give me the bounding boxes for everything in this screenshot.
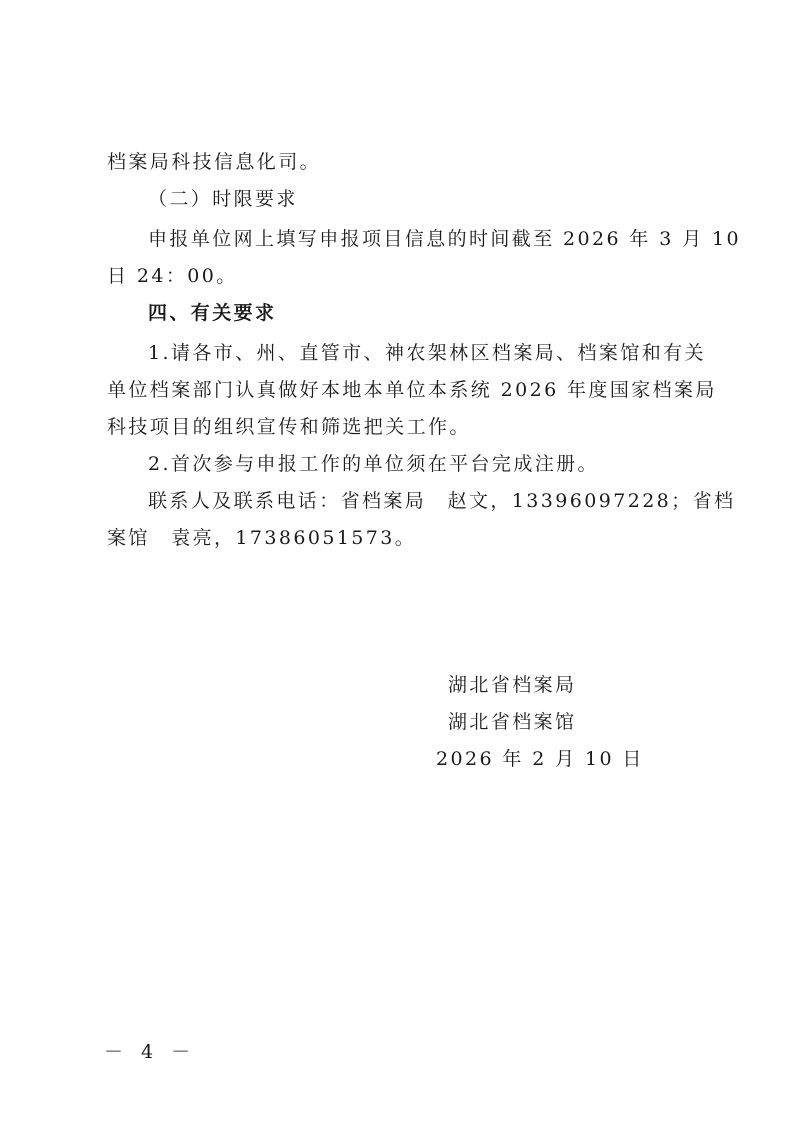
body-text-line: 2.首次参与申报工作的单位须在平台完成注册。: [148, 452, 599, 476]
section-heading-requirements: 四、有关要求: [148, 301, 276, 325]
page-number: － 4 －: [104, 1040, 196, 1064]
signature-date: 2026 年 2 月 10 日: [436, 747, 644, 771]
body-text-line: 日 24：00。: [107, 264, 238, 288]
contact-info-line: 联系人及联系电话：省档案局 赵文，13396097228；省档: [148, 489, 735, 513]
body-text-line: 单位档案部门认真做好本地本单位本系统 2026 年度国家档案局: [107, 378, 717, 402]
body-text-line: 申报单位网上填写申报项目信息的时间截至 2026 年 3 月 10: [148, 227, 741, 251]
body-text-line: 科技项目的组织宣传和筛选把关工作。: [107, 415, 471, 439]
body-text-line: 档案局科技信息化司。: [107, 150, 321, 174]
signature-org-archives-museum: 湖北省档案馆: [448, 710, 576, 734]
subsection-heading-time-limit: （二）时限要求: [148, 187, 298, 211]
signature-org-archives-bureau: 湖北省档案局: [448, 673, 576, 697]
contact-info-line: 案馆 袁亮，17386051573。: [107, 526, 416, 550]
body-text-line: 1.请各市、州、直管市、神农架林区档案局、档案馆和有关: [148, 341, 706, 365]
